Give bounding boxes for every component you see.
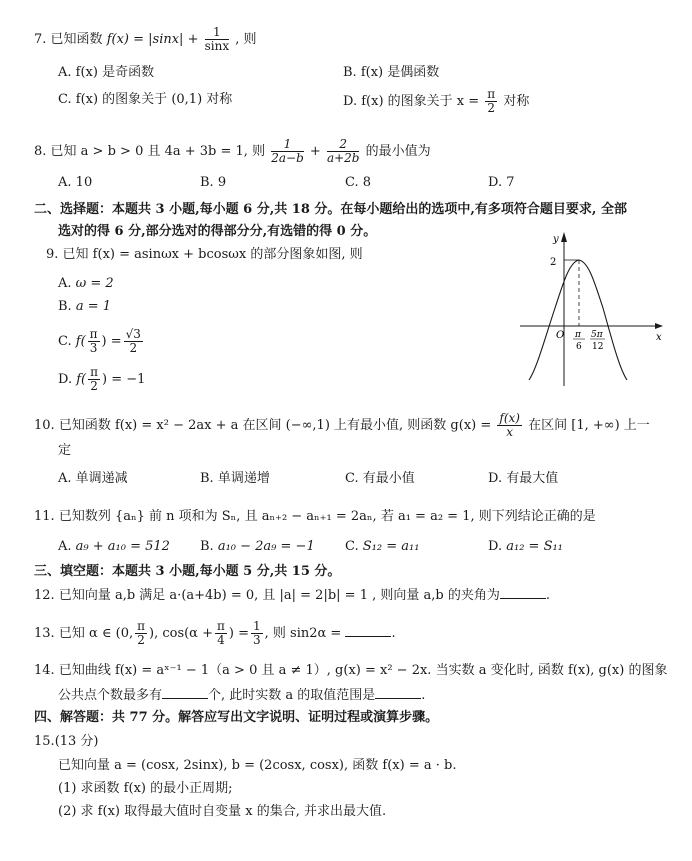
svg-text:O: O <box>556 330 564 341</box>
svg-text:2: 2 <box>550 257 556 268</box>
question-15-part-1: (1) 求函数 f(x) 的最小正周期; <box>58 780 232 798</box>
question-7-stem: 7. 已知函数 f(x) = |sinx| + 1sinx , 则 <box>34 26 257 53</box>
question-11-stem: 11. 已知数列 {aₙ} 前 n 项和为 Sₙ, 且 aₙ₊₂ − aₙ₊₁ … <box>34 508 596 526</box>
svg-text:6: 6 <box>576 342 582 352</box>
option-c: C. 8 <box>345 174 371 192</box>
option-b: B. 单调递增 <box>200 470 270 488</box>
sine-curve <box>529 260 627 380</box>
answer-blank-range[interactable] <box>375 686 421 699</box>
question-10-stem-continued: 定 <box>58 442 71 460</box>
answer-blank[interactable] <box>345 624 391 637</box>
question-14-stem-continued: 公共点个数最多有个, 此时实数 a 的取值范围是. <box>58 686 425 705</box>
option-c: C. f(x) 的图象关于 (0,1) 对称 <box>58 91 232 109</box>
question-15-header: 15.(13 分) <box>34 733 99 751</box>
option-b: B. f(x) 是偶函数 <box>343 64 439 82</box>
question-12-stem: 12. 已知向量 a,b 满足 a·(a+4b) = 0, 且 |a| = 2|… <box>34 586 550 605</box>
question-number: 7. <box>34 32 46 47</box>
section-2-heading: 二、选择题：本题共 3 小题,每小题 6 分,共 18 分。在每小题给出的选项中… <box>34 201 627 219</box>
option-a: A. 10 <box>58 174 92 192</box>
option-d: D. f(x) 的图象关于 x = π2 对称 <box>343 88 529 115</box>
option-d: D. f(π2) = −1 <box>58 366 145 393</box>
option-b: B. a₁₀ − 2a₉ = −1 <box>200 538 315 556</box>
section-4-heading: 四、解答题：共 77 分。解答应写出文字说明、证明过程或演算步骤。 <box>34 709 438 727</box>
svg-text:x: x <box>656 332 662 343</box>
question-10-stem: 10. 已知函数 f(x) = x² − 2ax + a 在区间 (−∞,1) … <box>34 412 650 439</box>
svg-text:y: y <box>552 234 559 245</box>
svg-text:π: π <box>574 330 582 340</box>
section-2-instructions: 选对的得 6 分,部分选对的得部分分,有选错的得 0 分。 <box>58 223 376 241</box>
question-13-stem: 13. 已知 α ∈ (0,π2), cos(α +π4) =13, 则 sin… <box>34 620 396 647</box>
section-3-heading: 三、填空题：本题共 3 小题,每小题 5 分,共 15 分。 <box>34 563 340 581</box>
answer-blank[interactable] <box>500 586 546 599</box>
option-c: C. f(π3) =√32 <box>58 328 145 355</box>
option-b: B. 9 <box>200 174 226 192</box>
question-15-part-2: (2) 求 f(x) 取得最大值时自变量 x 的集合, 并求出最大值. <box>58 803 386 821</box>
svg-text:5π: 5π <box>591 330 604 340</box>
option-a: A. f(x) 是奇函数 <box>58 64 154 82</box>
option-b: B. a = 1 <box>58 298 111 316</box>
svg-text:12: 12 <box>592 342 603 352</box>
fraction: 1sinx <box>205 26 230 53</box>
option-c: C. 有最小值 <box>345 470 415 488</box>
option-d: D. a₁₂ = S₁₁ <box>488 538 563 556</box>
sine-graph-figure: y x O 2 π 5π 6 5π 12 <box>515 228 665 388</box>
option-d: D. 有最大值 <box>488 470 558 488</box>
function-expression: f(x) = |sinx| + <box>107 32 203 47</box>
question-14-stem: 14. 已知曲线 f(x) = aˣ⁻¹ − 1（a > 0 且 a ≠ 1）,… <box>34 662 667 680</box>
question-9-stem: 9. 已知 f(x) = asinωx + bcosωx 的部分图象如图, 则 <box>46 246 363 264</box>
option-d: D. 7 <box>488 174 515 192</box>
question-15-given: 已知向量 a = (cosx, 2sinx), b = (2cosx, cosx… <box>58 757 456 775</box>
question-number: 8. <box>34 144 46 159</box>
y-axis-arrow-icon <box>561 232 567 242</box>
question-8-stem: 8. 已知 a > b > 0 且 4a + 3b = 1, 则 12a−b +… <box>34 138 431 165</box>
x-axis-arrow-icon <box>655 323 663 329</box>
option-c: C. S₁₂ = a₁₁ <box>345 538 419 556</box>
answer-blank-count[interactable] <box>162 686 208 699</box>
option-a: A. 单调递减 <box>58 470 128 488</box>
option-a: A. ω = 2 <box>58 275 114 293</box>
option-a: A. a₉ + a₁₀ = 512 <box>58 538 170 556</box>
